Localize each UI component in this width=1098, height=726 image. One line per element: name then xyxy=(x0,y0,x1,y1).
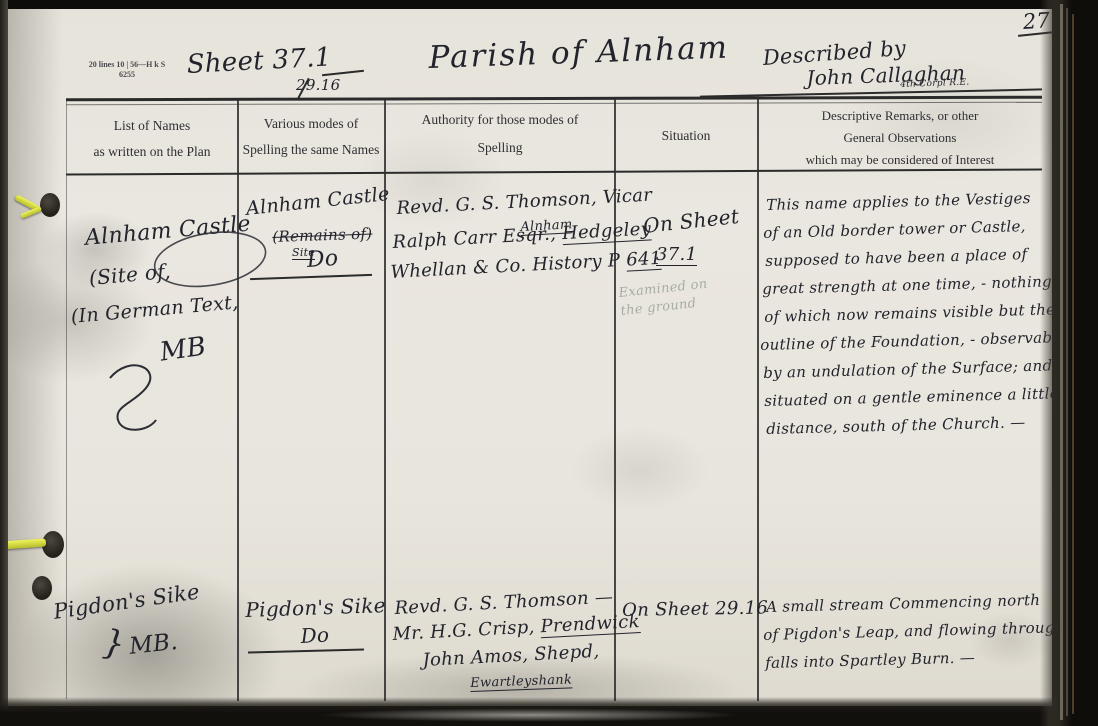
page-edge-line xyxy=(1066,8,1068,716)
scan-edge-left xyxy=(0,0,8,726)
initials-mark: MB. xyxy=(128,629,179,660)
authority-place: Hedgeley xyxy=(562,218,652,245)
scanned-name-book-page: 27 20 lines 10 | 56—H k S 6255 Sheet 37.… xyxy=(0,0,1098,726)
col-header-authority: Authority for those modes of Spelling xyxy=(390,112,610,156)
col-header-line: Descriptive Remarks, or other xyxy=(762,108,1038,124)
page-edge-line xyxy=(1060,4,1063,720)
col-header-line: Spelling xyxy=(390,140,610,156)
pen-flourish xyxy=(96,362,176,440)
situation-entry: On Sheet 29.16 xyxy=(622,597,768,621)
page-edge-line xyxy=(1072,14,1074,714)
situation-sheet-number: 37.1 xyxy=(656,244,697,266)
spelling-struck-out: (Remains of) xyxy=(272,225,373,246)
print-code-line1: 20 lines 10 | 56—H k S xyxy=(72,60,182,70)
col-header-line: Various modes of xyxy=(242,116,380,132)
ditto-mark: Do xyxy=(306,246,339,273)
col-header-line: as written on the Plan xyxy=(70,144,234,160)
col-header-spelling: Various modes of Spelling the same Names xyxy=(242,116,380,158)
print-code: 20 lines 10 | 56—H k S 6255 xyxy=(72,60,182,80)
print-code-line2: 6255 xyxy=(72,70,182,80)
spelling-entry: Pigdon's Sike xyxy=(245,593,386,622)
col-header-line: which may be considered of Interest xyxy=(762,152,1038,168)
col-header-line: List of Names xyxy=(70,118,234,134)
col-header-names: List of Names as written on the Plan xyxy=(70,118,234,160)
sheet-reference-sub: 29.16 xyxy=(296,76,340,94)
scanner-glow xyxy=(250,706,810,724)
col-header-situation: Situation xyxy=(620,128,752,144)
col-header-remarks: Descriptive Remarks, or other General Ob… xyxy=(762,108,1038,168)
col-header-line: General Observations xyxy=(762,130,1038,146)
scan-edge-top xyxy=(0,0,1098,9)
punch-hole xyxy=(40,193,60,217)
col-header-line: Spelling the same Names xyxy=(242,142,380,158)
punch-hole xyxy=(32,576,52,600)
col-header-line: Situation xyxy=(620,128,752,144)
column-rule-1 xyxy=(237,99,239,701)
book-page-edges xyxy=(1040,0,1098,726)
col-header-line: Authority for those modes of xyxy=(390,112,610,128)
ditto-mark: Do xyxy=(300,622,330,647)
